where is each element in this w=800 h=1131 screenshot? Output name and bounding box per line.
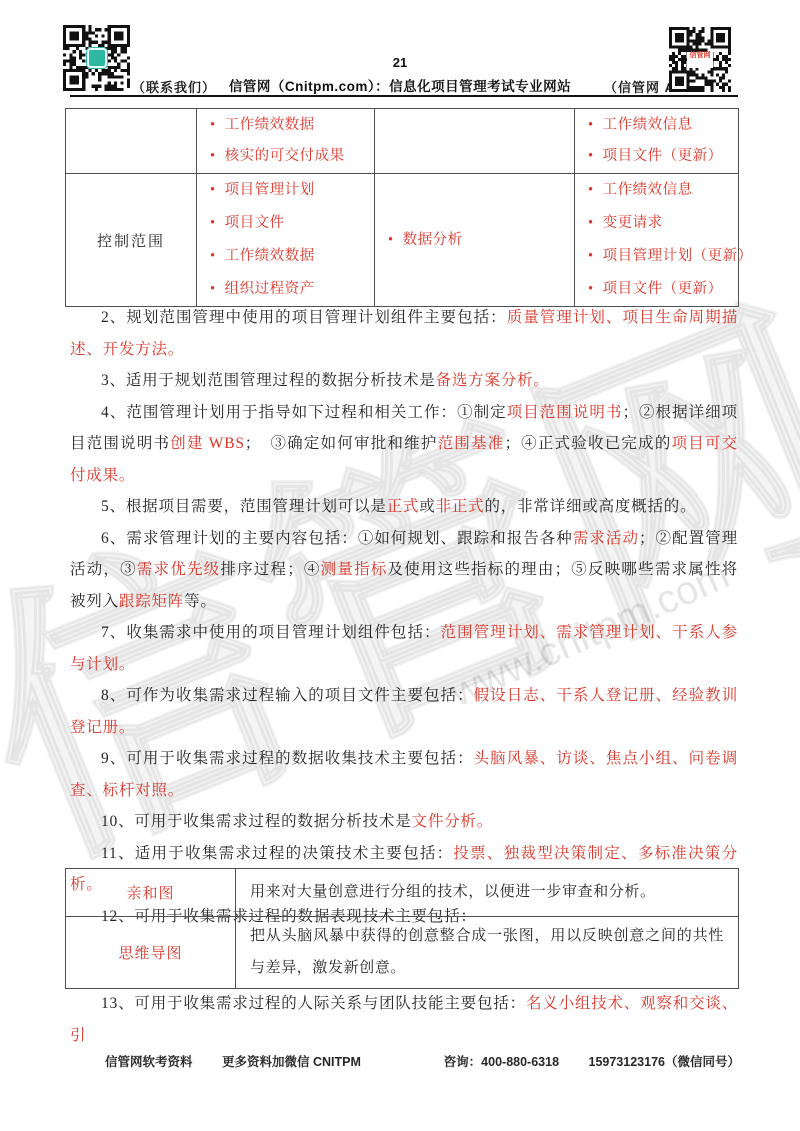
body-text: 6、需求管理计划的主要内容包括：①如何规划、跟踪和报告各种	[101, 530, 573, 547]
note-paragraph: 9、可用于收集需求过程的数据收集技术主要包括：头脑风暴、访谈、焦点小组、问卷调查…	[70, 743, 738, 806]
definition-cell: 把从头脑风暴中获得的创意整合成一张图，用以反映创意之间的共性与差异，激发新创意。	[236, 917, 739, 989]
outputs-cell: 工作绩效信息变更请求项目管理计划（更新）项目文件（更新）	[575, 174, 739, 307]
process-name-cell	[66, 109, 197, 174]
term-cell: 思维导图	[66, 917, 236, 989]
process-table-row: 控制范围项目管理计划项目文件工作绩效数据组织过程资产数据分析工作绩效信息变更请求…	[66, 174, 739, 307]
page-footer: 信管网软考资料 更多资料加微信 CNITPM 咨询：400-880-6318 1…	[105, 1052, 740, 1070]
note-paragraph: 3、适用于规划范围管理过程的数据分析技术是备选方案分析。	[70, 365, 738, 397]
bullet-item: 项目管理计划	[197, 174, 374, 207]
highlight-text: 需求优先级	[137, 561, 221, 578]
data-representation-table-body: 亲和图用来对大量创意进行分组的技术，以便进一步审查和分析。思维导图把从头脑风暴中…	[66, 869, 739, 989]
highlight-text: 非正式	[436, 498, 485, 515]
body-text: 等。	[184, 593, 217, 610]
highlight-text: 跟踪矩阵	[119, 593, 184, 610]
note-paragraph: 8、可作为收集需求过程输入的项目文件主要包括：假设日志、干系人登记册、经验教训登…	[70, 680, 738, 743]
representation-table-row: 思维导图把从头脑风暴中获得的创意整合成一张图，用以反映创意之间的共性与差异，激发…	[66, 917, 739, 989]
footer-consult-phone: 咨询：400-880-6318	[444, 1055, 559, 1069]
notes-list: 2、规划范围管理中使用的项目管理计划组件主要包括：质量管理计划、项目生命周期描述…	[70, 302, 738, 932]
footer-mobile-phone: 15973123176（微信同号）	[589, 1055, 740, 1069]
note-paragraph: 7、收集需求中使用的项目管理计划组件包括：范围管理计划、需求管理计划、干系人参与…	[70, 617, 738, 680]
footer-left-group: 信管网软考资料 更多资料加微信 CNITPM	[105, 1052, 361, 1070]
bullet-list: 工作绩效信息变更请求项目管理计划（更新）项目文件（更新）	[575, 174, 738, 306]
bullet-list: 数据分析	[375, 224, 574, 257]
body-text: 8、可作为收集需求过程输入的项目文件主要包括：	[101, 687, 474, 704]
note-paragraph: 10、可用于收集需求过程的数据分析技术是文件分析。	[70, 806, 738, 838]
note-paragraph: 13、可用于收集需求过程的人际关系与团队技能主要包括：名义小组技术、观察和交谈、…	[70, 988, 738, 1051]
body-text: ；④正式验收已完成的	[504, 435, 671, 452]
body-text: 2、规划范围管理中使用的项目管理计划组件主要包括：	[101, 309, 507, 326]
footer-wechat: 更多资料加微信 CNITPM	[222, 1055, 361, 1069]
bullet-item: 核实的可交付成果	[197, 141, 374, 172]
tools-cell: 数据分析	[375, 174, 575, 307]
body-text: 10、可用于收集需求过程的数据分析技术是	[101, 813, 412, 830]
process-table-row: 工作绩效数据核实的可交付成果工作绩效信息项目文件（更新）	[66, 109, 739, 174]
process-name-cell: 控制范围	[66, 174, 197, 307]
body-text: 或	[419, 498, 435, 515]
bullet-list: 项目管理计划项目文件工作绩效数据组织过程资产	[197, 174, 374, 306]
process-ito-table: 工作绩效数据核实的可交付成果工作绩效信息项目文件（更新）控制范围项目管理计划项目…	[65, 108, 739, 307]
bullet-list: 工作绩效信息项目文件（更新）	[575, 110, 738, 172]
body-text: 3、适用于规划范围管理过程的数据分析技术是	[101, 372, 436, 389]
bullet-item: 工作绩效数据	[197, 240, 374, 273]
highlight-text: 文件分析。	[412, 813, 494, 830]
definition-cell: 用来对大量创意进行分组的技术，以便进一步审查和分析。	[236, 869, 739, 917]
bullet-item: 项目文件	[197, 207, 374, 240]
bullet-item: 工作绩效信息	[575, 110, 738, 141]
data-representation-table: 亲和图用来对大量创意进行分组的技术，以便进一步审查和分析。思维导图把从头脑风暴中…	[65, 868, 739, 989]
notes-after-table: 13、可用于收集需求过程的人际关系与团队技能主要包括：名义小组技术、观察和交谈、…	[70, 988, 738, 1051]
bullet-item: 数据分析	[375, 224, 574, 257]
body-text: 的，非常详细或高度概括的。	[484, 498, 696, 515]
brand-qr-center-logo-icon: 信管网	[687, 52, 713, 68]
note-paragraph: 4、范围管理计划用于指导如下过程和相关工作：①制定项目范围说明书；②根据详细项目…	[70, 397, 738, 492]
body-text: 4、范围管理计划用于指导如下过程和相关工作：①制定	[101, 404, 507, 421]
inputs-cell: 工作绩效数据核实的可交付成果	[197, 109, 375, 174]
app-qr-code: 信管网	[669, 27, 731, 92]
body-text: 11、适用于收集需求过程的决策技术主要包括：	[101, 845, 453, 862]
body-text: 9、可用于收集需求过程的数据收集技术主要包括：	[101, 750, 474, 767]
body-text: 排序过程；④	[220, 561, 320, 578]
highlight-text: 需求活动	[573, 530, 639, 547]
body-text: 7、收集需求中使用的项目管理计划组件包括：	[101, 624, 441, 641]
bullet-item: 项目管理计划（更新）	[575, 240, 738, 273]
note-paragraph: 5、根据项目需要，范围管理计划可以是正式或非正式的，非常详细或高度概括的。	[70, 491, 738, 523]
representation-table-row: 亲和图用来对大量创意进行分组的技术，以便进一步审查和分析。	[66, 869, 739, 917]
process-ito-table-body: 工作绩效数据核实的可交付成果工作绩效信息项目文件（更新）控制范围项目管理计划项目…	[66, 109, 739, 307]
footer-brand: 信管网软考资料	[105, 1055, 193, 1069]
highlight-text: 范围基准	[438, 435, 505, 452]
bullet-item: 工作绩效信息	[575, 174, 738, 207]
body-text: ； ③确定如何审批和维护	[245, 435, 438, 452]
footer-right-group: 咨询：400-880-6318 15973123176（微信同号）	[444, 1052, 740, 1070]
highlight-text: 项目范围说明书	[507, 404, 623, 421]
note-paragraph: 2、规划范围管理中使用的项目管理计划组件主要包括：质量管理计划、项目生命周期描述…	[70, 302, 738, 365]
tools-cell	[375, 109, 575, 174]
highlight-text: 正式	[387, 498, 420, 515]
outputs-cell: 工作绩效信息项目文件（更新）	[575, 109, 739, 174]
bullet-item: 工作绩效数据	[197, 110, 374, 141]
note-paragraph: 6、需求管理计划的主要内容包括：①如何规划、跟踪和报告各种需求活动；②配置管理活…	[70, 523, 738, 618]
body-text: 13、可用于收集需求过程的人际关系与团队技能主要包括：	[101, 995, 526, 1012]
body-text: 5、根据项目需要，范围管理计划可以是	[101, 498, 387, 515]
highlight-text: 创建 WBS	[170, 435, 245, 452]
bullet-item: 项目文件（更新）	[575, 141, 738, 172]
bullet-list: 工作绩效数据核实的可交付成果	[197, 110, 374, 172]
term-cell: 亲和图	[66, 869, 236, 917]
highlight-text: 备选方案分析。	[436, 372, 550, 389]
bullet-item: 变更请求	[575, 207, 738, 240]
highlight-text: 测量指标	[321, 561, 388, 578]
header-divider	[70, 95, 738, 97]
inputs-cell: 项目管理计划项目文件工作绩效数据组织过程资产	[197, 174, 375, 307]
